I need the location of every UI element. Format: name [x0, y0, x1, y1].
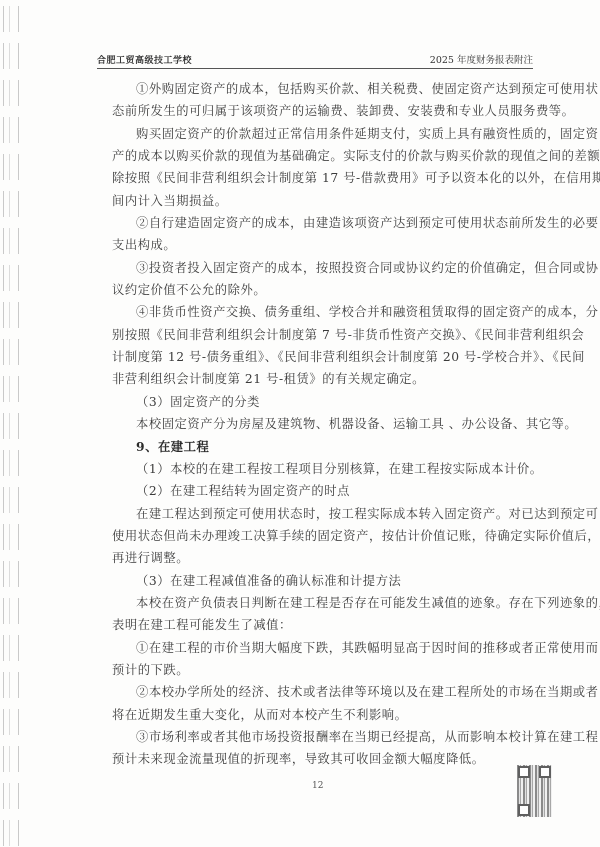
body-line: （3）固定资产的分类 — [112, 391, 536, 413]
binding-hole-mark — [3, 154, 19, 180]
body-line: 本校在资产负债表日判断在建工程是否存在可能发生减值的迹象。存在下列迹象的， — [112, 592, 536, 614]
body-line: （1）本校的在建工程按工程项目分别核算，在建工程按实际成本计价。 — [112, 458, 536, 480]
body-line: ③投资者投入固定资产的成本，按照投资合同或协议约定的价值确定，但合同或协 — [112, 257, 536, 279]
binding-hole-mark — [3, 191, 19, 217]
binding-hole-mark — [3, 413, 19, 439]
binding-hole-mark — [3, 561, 19, 587]
body-line: 预计未来现金流量现值的折现率，导致其可收回金额大幅度降低。 — [112, 748, 536, 770]
binding-hole-mark — [3, 746, 19, 772]
binding-hole-mark — [3, 820, 19, 846]
body-line: （2）在建工程结转为固定资产的时点 — [112, 480, 536, 502]
binding-hole-mark — [3, 487, 19, 513]
body-line: 非营利组织会计制度第 21 号-租赁》的有关规定确定。 — [112, 368, 536, 390]
binding-hole-mark — [3, 376, 19, 402]
binding-hole-mark — [3, 228, 19, 254]
body-line: ①外购固定资产的成本，包括购买价款、相关税费、使固定资产达到预定可使用状 — [112, 78, 536, 100]
binding-hole-mark — [3, 302, 19, 328]
body-line: 除按照《民间非营利组织会计制度第 17 号-借款费用》可予以资本化的以外，在信用… — [112, 167, 536, 189]
binding-hole-mark — [3, 598, 19, 624]
binding-hole-mark — [3, 80, 19, 106]
binding-hole-mark — [3, 6, 19, 32]
document-body: ①外购固定资产的成本，包括购买价款、相关税费、使固定资产达到预定可使用状态前所发… — [112, 78, 536, 771]
binding-marks — [3, 0, 21, 847]
binding-hole-mark — [3, 709, 19, 735]
body-line: 计制度第 12 号-债务重组》、《民间非营利组织会计制度第 20 号-学校合并》… — [112, 346, 536, 368]
qr-code-icon — [517, 765, 552, 817]
header-school-name: 合肥工贸高级技工学校 — [97, 53, 192, 66]
binding-hole-mark — [3, 265, 19, 291]
body-line: （3）在建工程减值准备的确认标准和计提方法 — [112, 570, 536, 592]
page-header: 合肥工贸高级技工学校 2025 年度财务报表附注 — [97, 52, 533, 69]
body-line: 本校固定资产分为房屋及建筑物、机器设备、运输工具 、办公设备、其它等。 — [112, 413, 536, 435]
body-line: 别按照《民间非营利组织会计制度第 7 号-非货币性资产交换》、《民间非营利组织会 — [112, 324, 536, 346]
body-line: 态前所发生的可归属于该项资产的运输费、装卸费、安装费和专业人员服务费等。 — [112, 100, 536, 122]
page-number: 12 — [312, 781, 323, 791]
body-line: 表明在建工程可能发生了减值： — [112, 614, 536, 636]
body-line: 将在近期发生重大变化，从而对本校产生不利影响。 — [112, 704, 536, 726]
binding-hole-mark — [3, 635, 19, 661]
body-line: ④非货币性资产交换、债务重组、学校合并和融资租赁取得的固定资产的成本，分 — [112, 301, 536, 323]
section-heading: 9、在建工程 — [112, 436, 536, 458]
binding-hole-mark — [3, 783, 19, 809]
body-line: 议约定价值不公允的除外。 — [112, 279, 536, 301]
body-line: 购买固定资产的价款超过正常信用条件延期支付，实质上具有融资性质的，固定资 — [112, 123, 536, 145]
body-line: 支出构成。 — [112, 234, 536, 256]
body-line: ②自行建造固定资产的成本，由建造该项资产达到预定可使用状态前所发生的必要 — [112, 212, 536, 234]
body-line: ②本校办学所处的经济、技术或者法律等环境以及在建工程所处的市场在当期或者 — [112, 681, 536, 703]
binding-hole-mark — [3, 117, 19, 143]
body-line: 再进行调整。 — [112, 547, 536, 569]
body-line: 间内计入当期损益。 — [112, 190, 536, 212]
binding-hole-mark — [3, 524, 19, 550]
binding-hole-mark — [3, 672, 19, 698]
body-line: 产的成本以购买价款的现值为基础确定。实际支付的价款与购买价款的现值之间的差额， — [112, 145, 536, 167]
body-line: 在建工程达到预定可使用状态时，按工程实际成本转入固定资产。对已达到预定可 — [112, 503, 536, 525]
body-line: ③市场利率或者其他市场投资报酬率在当期已经提高，从而影响本校计算在建工程 — [112, 726, 536, 748]
binding-hole-mark — [3, 43, 19, 69]
body-line: 预计的下跌。 — [112, 659, 536, 681]
body-line: ①在建工程的市价当期大幅度下跌，其跌幅明显高于因时间的推移或者正常使用而 — [112, 637, 536, 659]
binding-hole-mark — [3, 450, 19, 476]
binding-hole-mark — [3, 339, 19, 365]
body-line: 使用状态但尚未办理竣工决算手续的固定资产，按估计价值记账，待确定实际价值后， — [112, 525, 536, 547]
header-report-title: 2025 年度财务报表附注 — [430, 52, 533, 66]
